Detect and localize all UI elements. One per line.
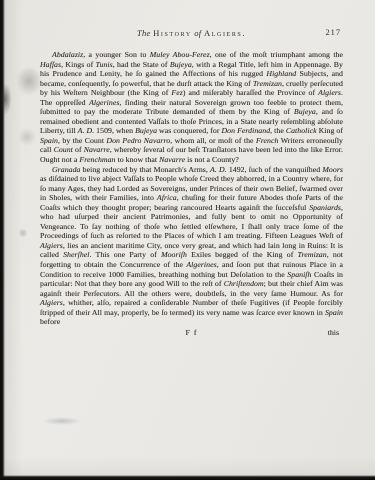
scanned-book-page: The History of Algiers. 217 Abdalaziz, a… [0, 0, 375, 480]
printer-signature: F f [40, 328, 343, 337]
paper-stain [16, 226, 30, 240]
paragraph-abdalaziz: Abdalaziz, a younger Son to Muley Abou-F… [40, 50, 343, 165]
scan-edge-left [0, 0, 5, 480]
running-head: The History of Algiers. 217 [40, 28, 343, 42]
paragraph-granada: Granada being reduced by that Monarch's … [40, 165, 343, 327]
catchword: this [328, 328, 339, 337]
paper-stain [14, 124, 40, 150]
faded-stamp-smudge [38, 416, 86, 426]
page-number: 217 [325, 28, 341, 37]
page-title: The History of Algiers. [40, 28, 343, 38]
page-text-block: The History of Algiers. 217 Abdalaziz, a… [40, 28, 343, 339]
body-text: Abdalaziz, a younger Son to Muley Abou-F… [40, 50, 343, 327]
scan-edge-bottom [0, 475, 375, 480]
direction-line: F f this [40, 328, 343, 339]
